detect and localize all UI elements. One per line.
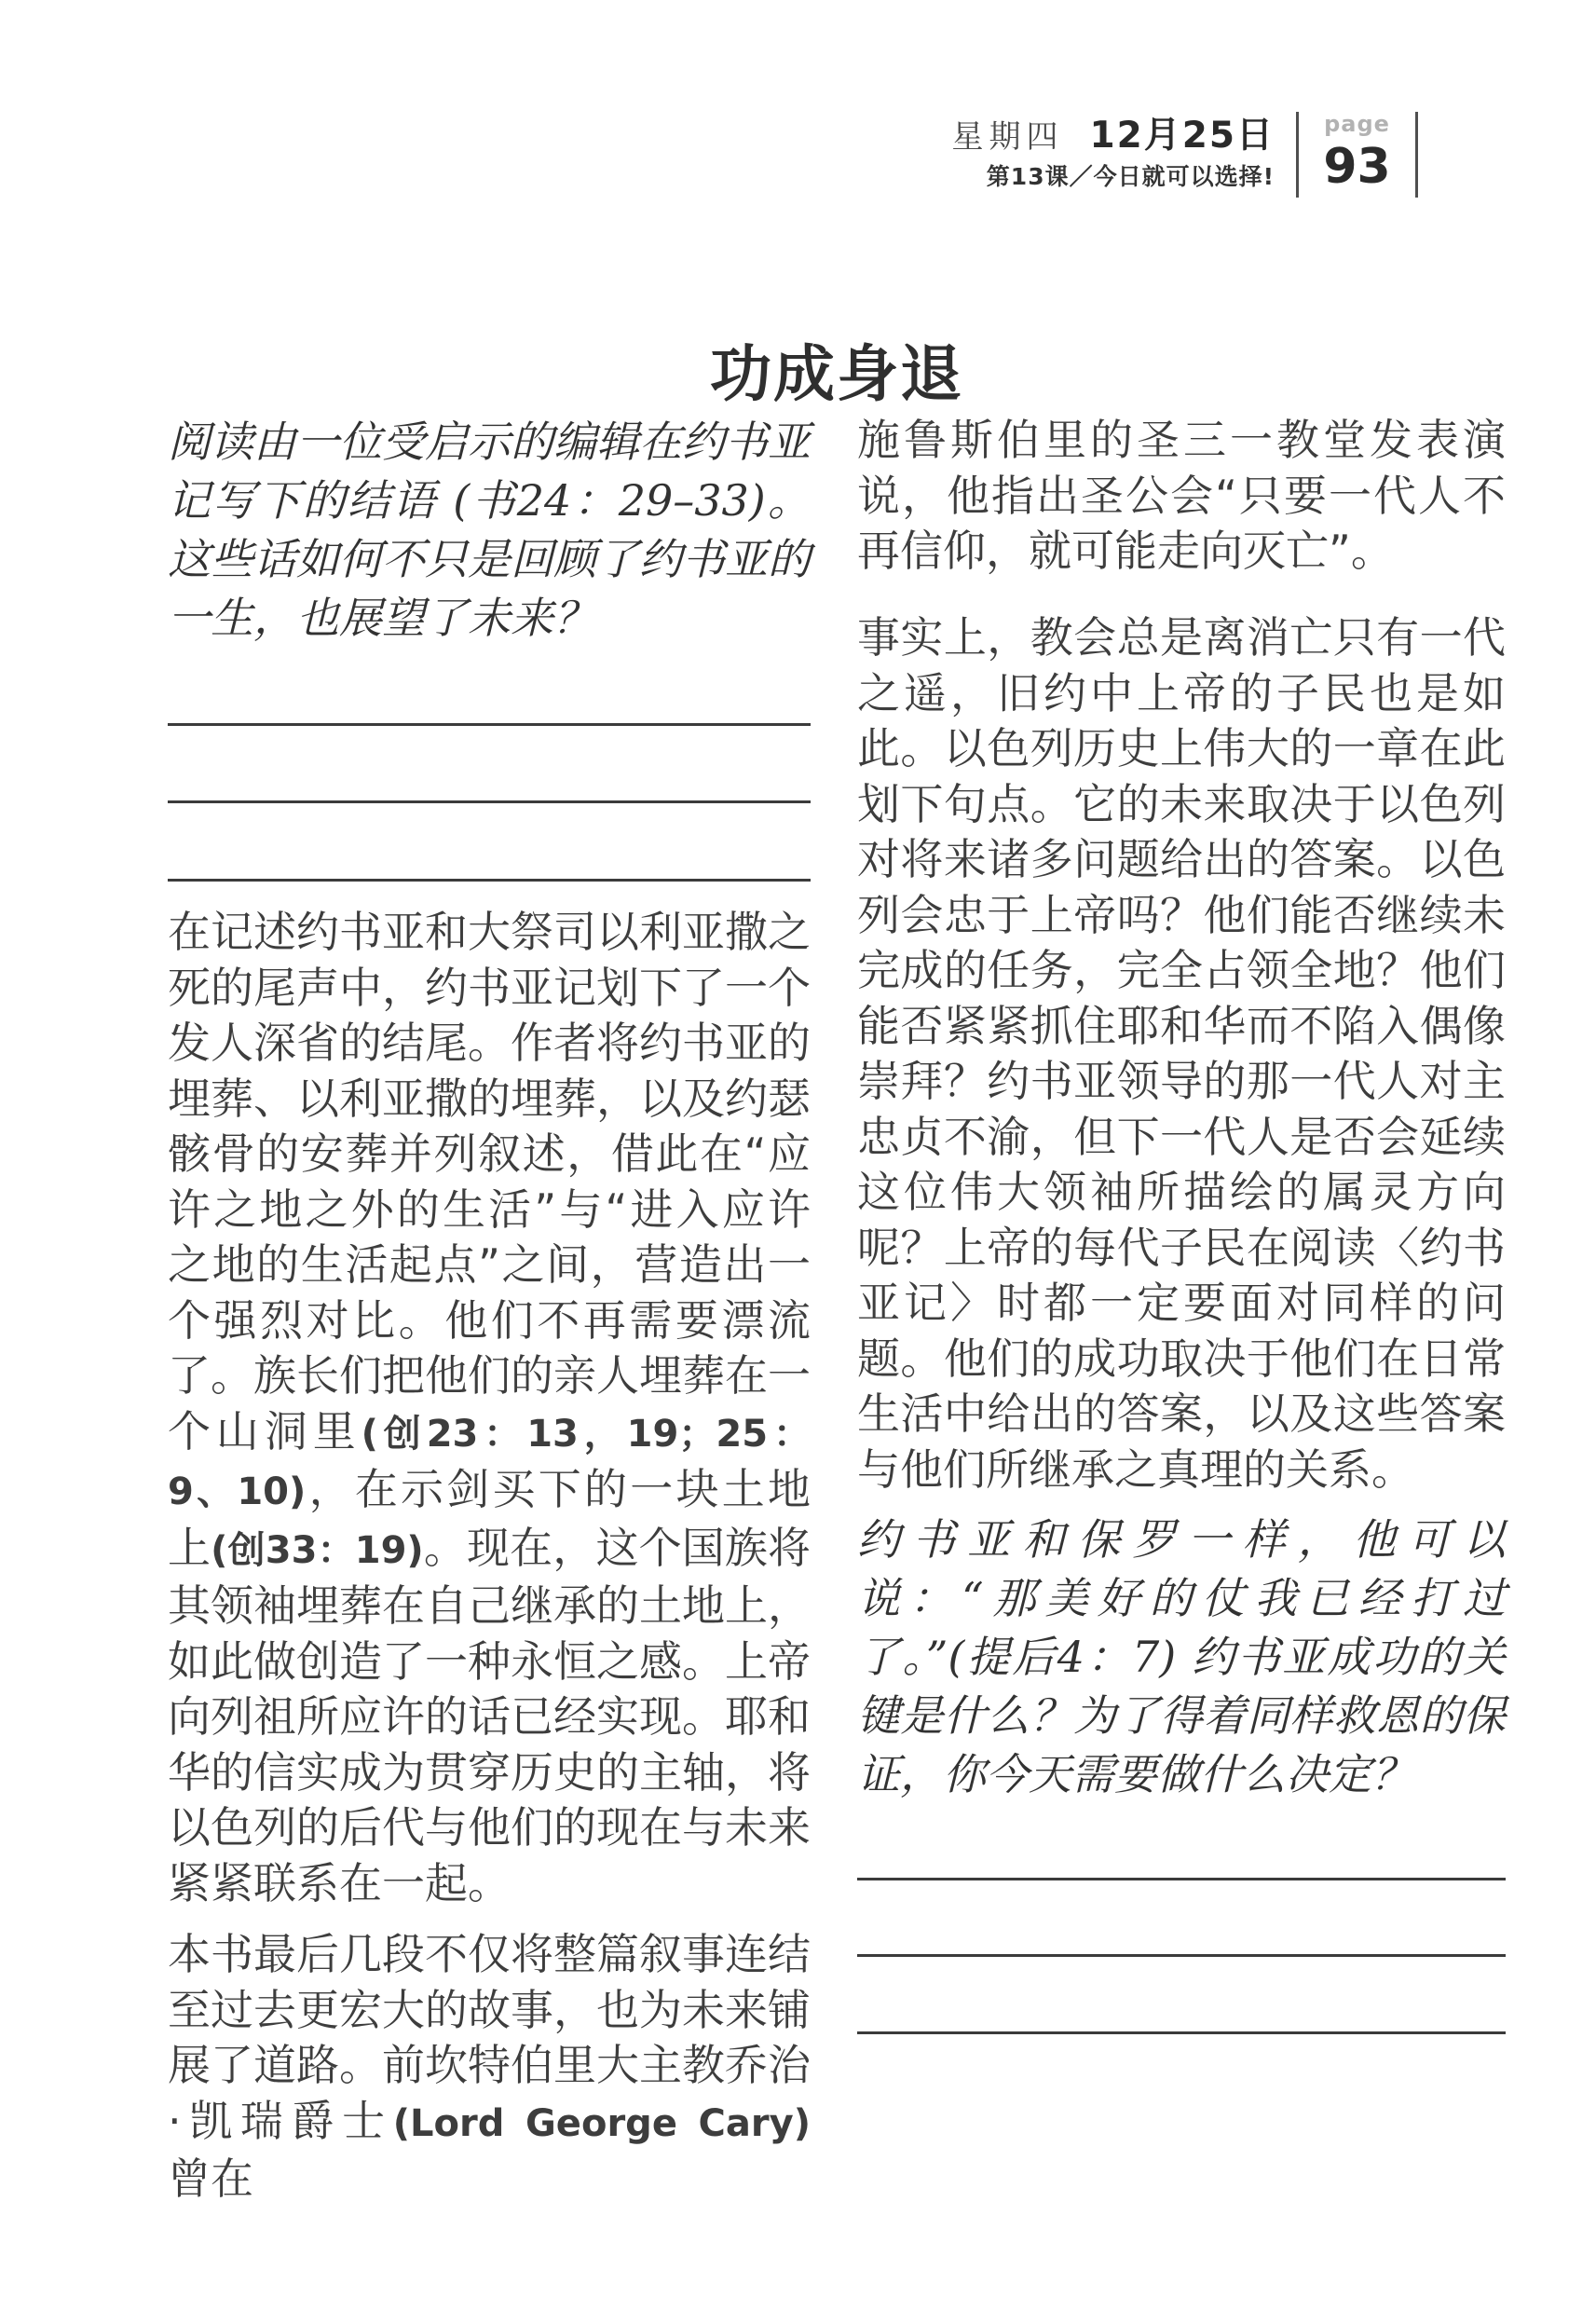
right-body-paragraph-2: 事实上，教会总是离消亡只有一代之遥，旧约中上帝的子民也是如此。以色列历史上伟大的… [857,610,1506,1497]
answer-line [857,1878,1506,1880]
answer-line [168,879,811,882]
left-question-paragraph: 阅读由一位受启示的编辑在约书亚记写下的结语 (书24：29–33)。这些话如何不… [168,413,811,648]
left-body-paragraph-2: 本书最后几段不仅将整篇叙事连结至过去更宏大的故事，也为未来铺展了道路。前坎特伯里… [168,1927,811,2208]
header-date-row: 星期四12月25日 [0,117,1275,154]
right-body-paragraph-1: 施鲁斯伯里的圣三一教堂发表演说，他指出圣公会“只要一代人不再信仰，就可能走向灭亡… [857,413,1506,580]
answer-line [168,723,811,726]
answer-line [168,800,811,803]
page-header: 星期四12月25日 第13课／今日就可以选择! [0,117,1275,188]
devotional-page: 星期四12月25日 第13课／今日就可以选择! page 93 功成身退 阅读由… [0,0,1596,2311]
page-label: page [1303,113,1412,135]
date-label: 12月25日 [1089,115,1275,157]
right-question-paragraph: 约书亚和保罗一样，他可以说：“那美好的仗我已经打过了。”(提后4：7) 约书亚成… [857,1511,1506,1804]
header-divider-left [1296,112,1299,198]
answer-line [857,2031,1506,2034]
answer-line [857,1954,1506,1957]
weekday-label: 星期四 [951,118,1063,156]
page-number-block: page 93 [1303,113,1412,191]
left-body-paragraph-1: 在记述约书亚和大祭司以利亚撒之死的尾声中，约书亚记划下了一个发人深省的结尾。作者… [168,905,811,1911]
header-divider-right [1415,112,1418,198]
lesson-label: 第13课／今日就可以选择! [0,165,1275,188]
article-title: 功成身退 [168,339,1506,410]
page-number: 93 [1303,143,1412,191]
